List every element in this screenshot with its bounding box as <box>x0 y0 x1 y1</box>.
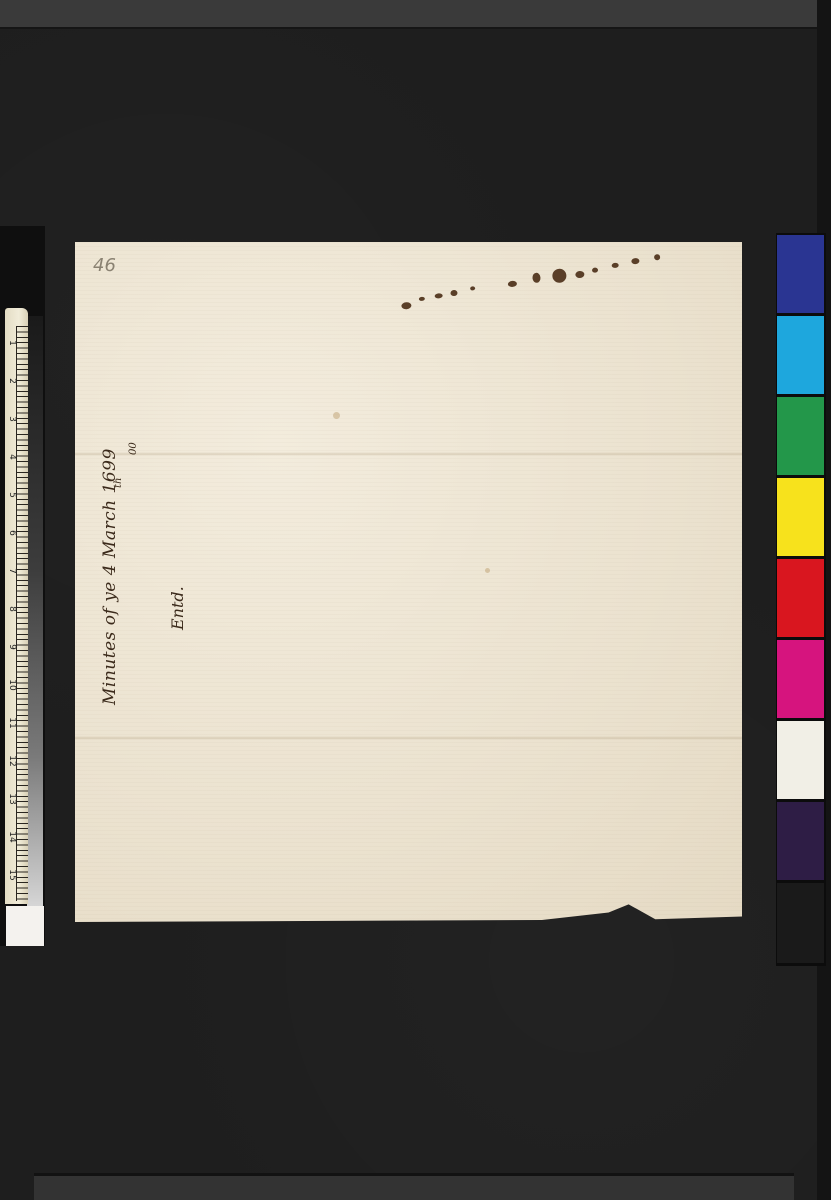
ruler-label: 12 <box>7 755 17 767</box>
entered-mark: Entd. <box>168 586 187 630</box>
swatch-blue <box>777 235 824 313</box>
foxing-spot <box>333 412 340 419</box>
ruler-label: 9 <box>7 641 17 653</box>
ruler-label: 2 <box>7 375 17 387</box>
ruler-label: 13 <box>7 793 17 805</box>
foxing-spot <box>485 568 490 573</box>
fold-line <box>75 452 742 456</box>
color-calibration-chart <box>776 233 826 966</box>
swatch-white <box>777 721 824 799</box>
swatch-cyan <box>777 316 824 394</box>
swatch-yellow <box>777 478 824 556</box>
docket-year-subscript: 00 <box>128 442 139 455</box>
swatch-red <box>777 559 824 637</box>
ruler-label: 10 <box>7 679 17 691</box>
bottom-frame-band <box>34 1173 794 1200</box>
ruler-label: 4 <box>7 451 17 463</box>
grey-scale-strip <box>27 316 43 946</box>
ruler-label: 6 <box>7 527 17 539</box>
ruler-label: 8 <box>7 603 17 615</box>
top-frame-band <box>0 0 831 29</box>
ruler-label: 7 <box>7 565 17 577</box>
ruler-label: 3 <box>7 413 17 425</box>
ruler-label: 15 <box>7 869 17 881</box>
ruler-label: 1 <box>7 337 17 349</box>
folio-number: 46 <box>93 255 116 276</box>
ruler-label: 5 <box>7 489 17 501</box>
fold-line <box>75 736 742 740</box>
ruler-label: 14 <box>7 831 17 843</box>
docket-superscript: th <box>113 478 124 488</box>
swatch-magenta <box>777 640 824 718</box>
swatch-purple <box>777 802 824 880</box>
ruler-ticks <box>16 326 28 901</box>
manuscript-sheet <box>75 242 742 922</box>
ruler-white-patch <box>6 906 44 946</box>
swatch-black <box>777 883 824 963</box>
swatch-green <box>777 397 824 475</box>
ruler-label: 11 <box>7 717 17 729</box>
measurement-ruler: 1 2 3 4 5 6 7 8 9 10 11 12 13 14 15 <box>0 226 45 946</box>
